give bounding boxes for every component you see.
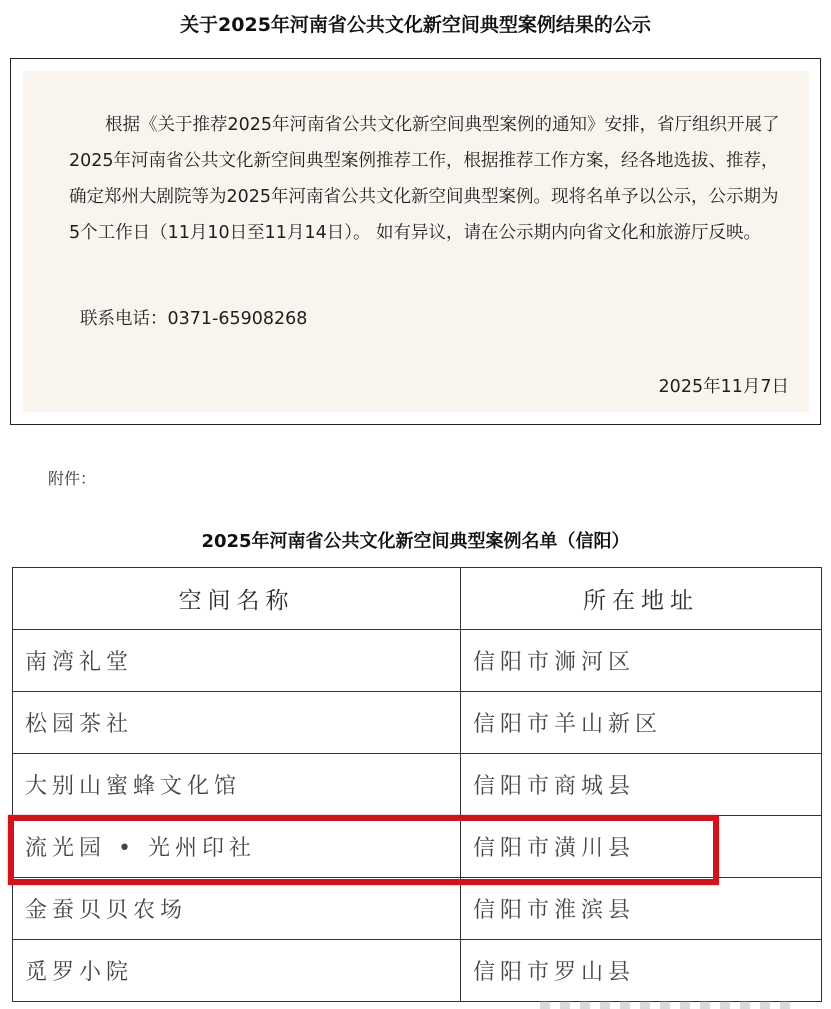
table-row: 南湾礼堂 信阳市浉河区: [13, 630, 822, 692]
watermark: [540, 1001, 800, 1009]
notice-panel: 根据《关于推荐2025年河南省公共文化新空间典型案例的通知》安排，省厅组织开展了…: [23, 71, 809, 412]
contact-phone: 联系电话：0371-65908268: [80, 305, 307, 330]
notice-date: 2025年11月7日: [659, 373, 789, 398]
space-name-cell: 觅罗小院: [13, 940, 461, 1002]
list-title: 2025年河南省公共文化新空间典型案例名单（信阳）: [0, 527, 831, 553]
cases-table: 空间名称 所在地址 南湾礼堂 信阳市浉河区 松园茶社 信阳市羊山新区 大别山蜜蜂…: [12, 567, 822, 1002]
space-name-cell: 南湾礼堂: [13, 630, 461, 692]
table-row: 觅罗小院 信阳市罗山县: [13, 940, 822, 1002]
table-row: 松园茶社 信阳市羊山新区: [13, 692, 822, 754]
notice-title: 关于2025年河南省公共文化新空间典型案例结果的公示: [0, 10, 831, 37]
address-cell: 信阳市商城县: [461, 754, 822, 816]
notice-box: 根据《关于推荐2025年河南省公共文化新空间典型案例的通知》安排，省厅组织开展了…: [10, 58, 821, 425]
address-cell: 信阳市浉河区: [461, 630, 822, 692]
attachment-label: 附件：: [48, 466, 96, 489]
space-name-cell: 金蚕贝贝农场: [13, 878, 461, 940]
space-name-cell: 流光园 • 光州印社: [13, 816, 461, 878]
column-header-space-name: 空间名称: [13, 568, 461, 630]
space-name-cell: 大别山蜜蜂文化馆: [13, 754, 461, 816]
address-cell: 信阳市淮滨县: [461, 878, 822, 940]
space-name-cell: 松园茶社: [13, 692, 461, 754]
notice-body-text: 根据《关于推荐2025年河南省公共文化新空间典型案例的通知》安排，省厅组织开展了…: [69, 107, 789, 251]
table-row-highlighted: 流光园 • 光州印社 信阳市潢川县: [13, 816, 822, 878]
address-cell: 信阳市潢川县: [461, 816, 822, 878]
address-cell: 信阳市罗山县: [461, 940, 822, 1002]
address-cell: 信阳市羊山新区: [461, 692, 822, 754]
table-row: 金蚕贝贝农场 信阳市淮滨县: [13, 878, 822, 940]
table-header-row: 空间名称 所在地址: [13, 568, 822, 630]
column-header-address: 所在地址: [461, 568, 822, 630]
table-row: 大别山蜜蜂文化馆 信阳市商城县: [13, 754, 822, 816]
